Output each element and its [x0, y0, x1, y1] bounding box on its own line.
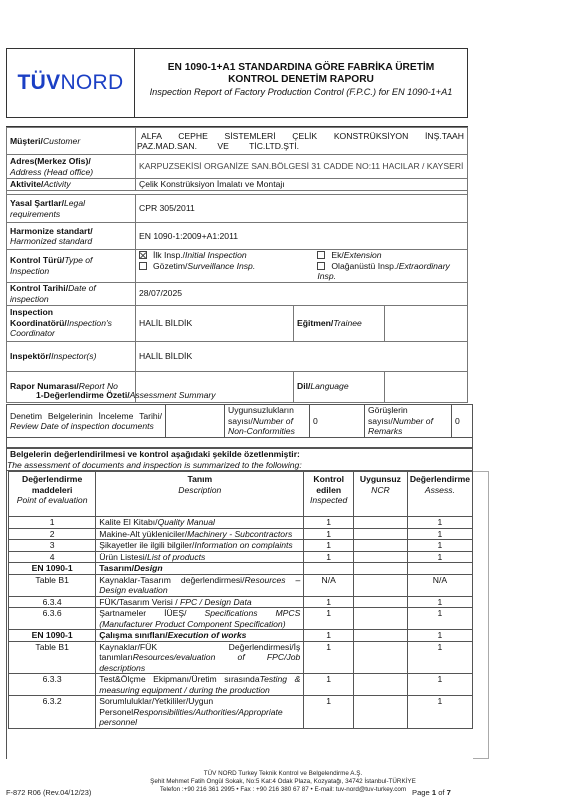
row-harmonized: Harmonize standart/Harmonized standard E…: [7, 223, 468, 250]
footer-company: TÜV NORD Turkey Teknik Kontrol ve Belgel…: [0, 770, 566, 778]
cell-point: 6.3.6: [9, 608, 96, 630]
table-row: 6.3.3Test&Ölçme Ekipmanı/Üretim sırasınd…: [9, 674, 473, 696]
footer-address: Şehit Mehmet Fatih Ongül Sokak, No:5 Kat…: [0, 778, 566, 786]
table-row: 1Kalite El Kitabı/Quality Manual11: [9, 517, 473, 529]
date-value: 28/07/2025: [136, 282, 468, 305]
inspection-info-table: Müşteri/Customer ALFA CEPHE SİSTEMLERİ Ç…: [6, 127, 468, 403]
cell-ncr: [354, 517, 408, 529]
legal-value: CPR 305/2011: [136, 195, 468, 223]
evaluation-intro: Belgelerin değerlendirilmesi ve kontrol …: [6, 448, 473, 471]
cell-assess: 1: [407, 596, 472, 608]
cell-point: 1: [9, 517, 96, 529]
cell-point: Table B1: [9, 574, 96, 596]
evaluation-table-header: Değerlendirme maddeleriPoint of evaluati…: [9, 472, 473, 517]
report-title-line2: KONTROL DENETİM RAPORU: [135, 74, 467, 86]
cell-assess: 1: [407, 517, 472, 529]
cell-inspected: 1: [304, 540, 354, 552]
cell-ncr: [354, 630, 408, 642]
assessment-summary-table: Denetim Belgelerinin İnceleme Tarihi/ Re…: [6, 404, 473, 448]
cell-point: 3: [9, 540, 96, 552]
table-row: 2Makine-Alt yükleniciler/Machinery - Sub…: [9, 528, 473, 540]
cell-inspected: 1: [304, 528, 354, 540]
option-surveillance[interactable]: Gözetim/Surveillance Insp.: [139, 261, 317, 272]
cell-assess: 1: [407, 551, 472, 563]
cell-assess: 1: [407, 540, 472, 552]
checkbox-checked-icon[interactable]: [139, 251, 147, 259]
evaluation-table: Değerlendirme maddeleriPoint of evaluati…: [8, 471, 473, 729]
row-coordinator: InspectionKoordinatörü/Inspection's Coor…: [7, 305, 468, 341]
table-row: 6.3.6Şartnameler İÜEŞ/ Specifications MP…: [9, 608, 473, 630]
cell-description: Test&Ölçme Ekipmanı/Üretim sırasındaTest…: [96, 674, 304, 696]
cell-point: EN 1090-1: [9, 630, 96, 642]
language-value: [385, 371, 468, 402]
remarks-count-label: Görüşlerin sayısı/Number of Remarks: [365, 405, 452, 438]
table-row: EN 1090-1Çalışma sınıfları/Execution of …: [9, 630, 473, 642]
cell-assess: 1: [407, 528, 472, 540]
cell-assess: 1: [407, 630, 472, 642]
row-inspector: Inspektör/Inspector(s) HALİL BİLDİK: [7, 341, 468, 371]
coordinator-value: HALİL BİLDİK: [136, 305, 294, 341]
cell-description: Tasarım/Design: [96, 563, 304, 575]
form-number: F-872 R06 (Rev.04/12/23): [6, 788, 91, 797]
logo-nord: NORD: [60, 71, 123, 94]
trainee-label: Eğitmen/Trainee: [294, 305, 385, 341]
col-description: TanımDescription: [96, 472, 304, 517]
cell-point: 6.3.4: [9, 596, 96, 608]
option-extension[interactable]: Ek/Extension: [317, 250, 467, 261]
cell-assess: 1: [407, 608, 472, 630]
cell-ncr: [354, 574, 408, 596]
report-subtitle: Inspection Report of Factory Production …: [135, 86, 467, 98]
table-right-stub: [473, 471, 489, 759]
activity-label: Aktivite/Activity: [7, 179, 136, 191]
cell-ncr: [354, 608, 408, 630]
cell-ncr: [354, 696, 408, 729]
row-inspection-type: Kontrol Türü/Type of Inspection İlk Insp…: [7, 250, 468, 283]
inspection-type-label: Kontrol Türü/Type of Inspection: [7, 250, 136, 283]
option-initial-inspection[interactable]: İlk Insp./Initial Inspection: [139, 250, 317, 261]
cell-point: 6.3.2: [9, 696, 96, 729]
cell-assess: 1: [407, 641, 472, 674]
cell-inspected: 1: [304, 696, 354, 729]
col-point: Değerlendirme maddeleriPoint of evaluati…: [9, 472, 96, 517]
cell-assess: N/A: [407, 574, 472, 596]
cell-description: Kalite El Kitabı/Quality Manual: [96, 517, 304, 529]
language-label: Dil/Language: [294, 371, 385, 402]
logo-tuv: TÜV: [18, 71, 61, 94]
cell-description: FÜK/Tasarım Verisi / FPC / Design Data: [96, 596, 304, 608]
cell-inspected: 1: [304, 596, 354, 608]
row-address: Adres(Merkez Ofis)/Address (Head office)…: [7, 155, 468, 179]
table-row: EN 1090-1Tasarım/Design: [9, 563, 473, 575]
cell-ncr: [354, 563, 408, 575]
cell-ncr: [354, 528, 408, 540]
cell-description: Makine-Alt yükleniciler/Machinery - Subc…: [96, 528, 304, 540]
col-ncr: UygunsuzNCR: [354, 472, 408, 517]
address-label: Adres(Merkez Ofis)/Address (Head office): [7, 155, 136, 179]
cell-assess: 1: [407, 674, 472, 696]
ncr-count-value: 0: [310, 405, 365, 438]
cell-description: Kaynaklar/FÜK Değerlendirmesi/İş tanımla…: [96, 641, 304, 674]
cell-description: Ürün Listesi/List of products: [96, 551, 304, 563]
harmonized-value: EN 1090-1:2009+A1:2011: [136, 223, 468, 250]
row-customer: Müşteri/Customer ALFA CEPHE SİSTEMLERİ Ç…: [7, 128, 468, 155]
cell-inspected: N/A: [304, 574, 354, 596]
inspector-label: Inspektör/Inspector(s): [7, 341, 136, 371]
cell-point: 2: [9, 528, 96, 540]
cell-ncr: [354, 641, 408, 674]
cell-description: Şikayetler ile ilgili bilgiler/Informati…: [96, 540, 304, 552]
cell-inspected: 1: [304, 608, 354, 630]
cell-point: 4: [9, 551, 96, 563]
cell-description: Kaynaklar-Tasarım değerlendirmesi/Resour…: [96, 574, 304, 596]
page-number: Page 1 of 7: [412, 788, 451, 797]
col-inspected: Kontrol edilenInspected: [304, 472, 354, 517]
table-row: Table B1Kaynaklar-Tasarım değerlendirmes…: [9, 574, 473, 596]
cell-point: 6.3.3: [9, 674, 96, 696]
table-row: Table B1Kaynaklar/FÜK Değerlendirmesi/İş…: [9, 641, 473, 674]
legal-label: Yasal Şartlar/Legal requirements: [7, 195, 136, 223]
cell-description: Çalışma sınıfları/Execution of works: [96, 630, 304, 642]
cell-assess: 1: [407, 696, 472, 729]
review-date-value: [166, 405, 225, 438]
cell-point: Table B1: [9, 641, 96, 674]
option-extraordinary[interactable]: Olağanüstü Insp./Extraordinary Insp.: [317, 261, 467, 282]
row-date: Kontrol Tarihi/Date of inspection 28/07/…: [7, 282, 468, 305]
cell-description: Şartnameler İÜEŞ/ Specifications MPCS (M…: [96, 608, 304, 630]
report-header: TÜVNORD EN 1090-1+A1 STANDARDINA GÖRE FA…: [6, 48, 468, 118]
cell-ncr: [354, 540, 408, 552]
coordinator-label: InspectionKoordinatörü/Inspection's Coor…: [7, 305, 136, 341]
cell-point: EN 1090-1: [9, 563, 96, 575]
cell-inspected: 1: [304, 517, 354, 529]
checkbox-icon[interactable]: [317, 262, 325, 270]
table-row: 6.3.2Sorumluluklar/Yetkililer/Uygun Pers…: [9, 696, 473, 729]
table-row: 4Ürün Listesi/List of products11: [9, 551, 473, 563]
tuv-nord-logo: TÜVNORD: [7, 49, 135, 117]
cell-inspected: 1: [304, 551, 354, 563]
assessment-summary-heading: 1-Değerlendirme Özeti/Assessment Summary: [36, 390, 216, 400]
checkbox-icon[interactable]: [139, 262, 147, 270]
report-title-line1: EN 1090-1+A1 STANDARDINA GÖRE FABRİKA ÜR…: [135, 62, 467, 74]
col-assess: DeğerlendirmeAssess.: [407, 472, 472, 517]
cell-ncr: [354, 674, 408, 696]
checkbox-icon[interactable]: [317, 251, 325, 259]
harmonized-label: Harmonize standart/Harmonized standard: [7, 223, 136, 250]
row-legal: Yasal Şartlar/Legal requirements CPR 305…: [7, 195, 468, 223]
evaluation-intro-tr: Belgelerin değerlendirilmesi ve kontrol …: [10, 449, 300, 459]
cell-inspected: 1: [304, 630, 354, 642]
activity-value: Çelik Konstrüksiyon İmalatı ve Montajı: [136, 179, 468, 191]
customer-label: Müşteri/Customer: [7, 128, 136, 155]
customer-value: ALFA CEPHE SİSTEMLERİ ÇELİK KONSTRÜKSİYO…: [136, 128, 468, 155]
table-row: 3Şikayetler ile ilgili bilgiler/Informat…: [9, 540, 473, 552]
date-label: Kontrol Tarihi/Date of inspection: [7, 282, 136, 305]
cell-inspected: 1: [304, 641, 354, 674]
cell-inspected: 1: [304, 674, 354, 696]
address-value: KARPUZSEKİSİ ORGANİZE SAN.BÖLGESİ 31 CAD…: [136, 155, 468, 179]
cell-description: Sorumluluklar/Yetkililer/Uygun PersonelR…: [96, 696, 304, 729]
ncr-count-label: Uygunsuzlukların sayısı/Number of Non-Co…: [225, 405, 310, 438]
row-activity: Aktivite/Activity Çelik Konstrüksiyon İm…: [7, 179, 468, 191]
cell-inspected: [304, 563, 354, 575]
table-row: 6.3.4FÜK/Tasarım Verisi / FPC / Design D…: [9, 596, 473, 608]
trainee-value: [385, 305, 468, 341]
cell-ncr: [354, 551, 408, 563]
evaluation-intro-en: The assessment of documents and inspecti…: [7, 460, 302, 470]
review-date-label: Denetim Belgelerinin İnceleme Tarihi/ Re…: [7, 405, 166, 438]
cell-assess: [407, 563, 472, 575]
inspector-value: HALİL BİLDİK: [136, 341, 468, 371]
remarks-count-value: 0: [452, 405, 473, 438]
cell-ncr: [354, 596, 408, 608]
